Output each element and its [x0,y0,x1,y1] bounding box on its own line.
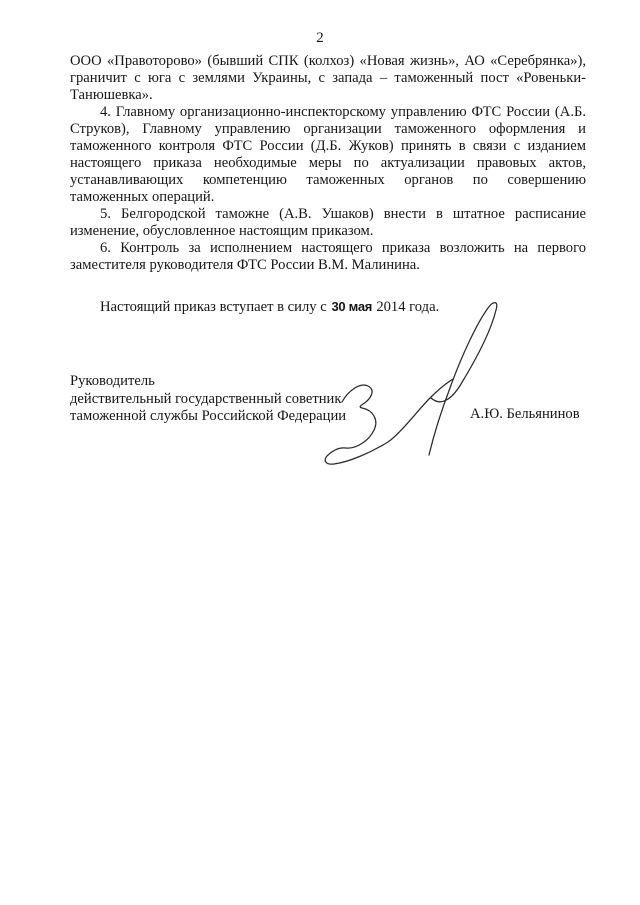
signer-name: А.Ю. Бельянинов [470,406,580,423]
position-line-2: действительный государственный советник [70,391,346,409]
body-paragraph-item-4: 4. Главному организационно-инспекторском… [70,104,586,206]
body-paragraph-item-6: 6. Контроль за исполнением настоящего пр… [70,240,586,274]
effective-date-prefix: Настоящий приказ вступает в силу с [100,299,327,315]
position-line-1: Руководитель [70,373,346,391]
position-line-3: таможенной службы Российской Федерации [70,408,346,426]
effective-date-suffix: 2014 года. [376,299,439,315]
effective-date-sentence: Настоящий приказ вступает в силу с30 мая… [70,298,586,316]
document-body: ООО «Правоторово» (бывший СПК (колхоз) «… [70,53,586,316]
document-page: 2 ООО «Правоторово» (бывший СПК (колхоз)… [0,0,640,905]
body-paragraph-continuation: ООО «Правоторово» (бывший СПК (колхоз) «… [70,53,586,104]
signature-stroke-tall-loop [429,303,497,455]
effective-date-value: 30 мая [332,299,373,314]
page-number: 2 [0,30,640,47]
body-paragraph-item-5: 5. Белгородской таможне (А.В. Ушаков) вн… [70,206,586,240]
signature-position-block: Руководитель действительный государствен… [70,373,346,426]
